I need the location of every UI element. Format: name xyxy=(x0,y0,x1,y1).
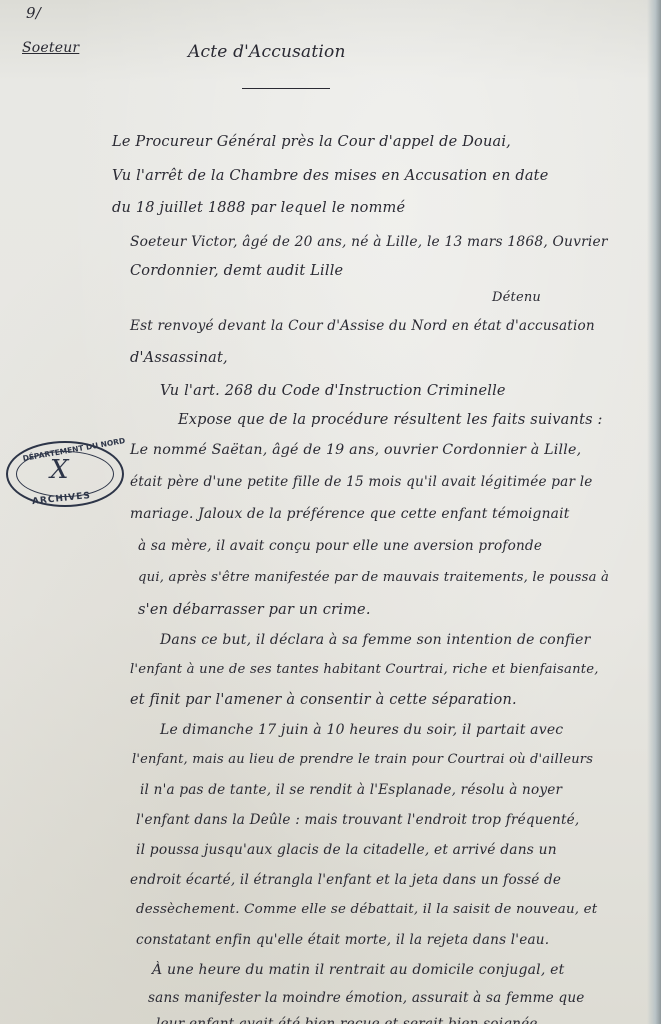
title-underline xyxy=(242,88,330,89)
text-line-15: qui, après s'être manifestée par de mauv… xyxy=(138,570,609,585)
text-line-21: l'enfant, mais au lieu de prendre le tra… xyxy=(132,752,593,767)
text-line-13: mariage. Jaloux de la préférence que cet… xyxy=(130,506,569,522)
stamp-handwritten-mark: X xyxy=(50,455,69,485)
text-line-19: et finit par l'amener à consentir à cett… xyxy=(130,692,517,708)
text-line-5: Cordonnier, demt audit Lille xyxy=(130,263,343,279)
document-title: Acte d'Accusation xyxy=(188,42,346,62)
text-line-27: constatant enfin qu'elle était morte, il… xyxy=(136,932,549,948)
text-line-23: l'enfant dans la Deûle : mais trouvant l… xyxy=(136,812,579,828)
page-edge-shadow xyxy=(647,0,661,1024)
text-line-24: il poussa jusqu'aux glacis de la citadel… xyxy=(136,842,557,858)
archives-stamp: DÉPARTEMENT DU NORD X ARCHIVES xyxy=(6,441,124,507)
text-line-17: Dans ce but, il déclara à sa femme son i… xyxy=(160,632,591,648)
text-line-14: à sa mère, il avait conçu pour elle une … xyxy=(138,538,542,554)
text-line-8: d'Assassinat, xyxy=(130,350,228,366)
text-line-18: l'enfant à une de ses tantes habitant Co… xyxy=(130,662,599,677)
text-line-3: du 18 juillet 1888 par lequel le nommé xyxy=(112,200,405,216)
text-line-16: s'en débarrasser par un crime. xyxy=(138,602,371,618)
text-line-10: Expose que de la procédure résultent les… xyxy=(178,412,603,428)
text-line-11: Le nommé Saëtan, âgé de 19 ans, ouvrier … xyxy=(130,442,581,458)
text-line-25: endroit écarté, il étrangla l'enfant et … xyxy=(130,872,561,888)
text-line-22: il n'a pas de tante, il se rendit à l'Es… xyxy=(140,782,562,798)
text-line-20: Le dimanche 17 juin à 10 heures du soir,… xyxy=(160,722,563,738)
text-line-28: À une heure du matin il rentrait au domi… xyxy=(152,962,564,978)
text-line-4: Soeteur Victor, âgé de 20 ans, né à Lill… xyxy=(130,234,608,250)
text-line-7: Est renvoyé devant la Cour d'Assise du N… xyxy=(130,318,595,334)
text-line-30: leur enfant avait été bien reçue et sera… xyxy=(156,1016,538,1024)
text-line-9: Vu l'art. 268 du Code d'Instruction Crim… xyxy=(160,383,506,399)
margin-defendant-name: Soeteur xyxy=(22,40,79,56)
text-line-2: Vu l'arrêt de la Chambre des mises en Ac… xyxy=(112,168,548,184)
text-line-26: dessèchement. Comme elle se débattait, i… xyxy=(136,902,597,917)
text-line-12: était père d'une petite fille de 15 mois… xyxy=(130,474,593,490)
text-line-29: sans manifester la moindre émotion, assu… xyxy=(148,990,585,1006)
text-line-detenu: Détenu xyxy=(492,290,541,305)
text-line-1: Le Procureur Général près la Cour d'appe… xyxy=(112,134,511,150)
folio-number: 9/ xyxy=(26,4,41,22)
